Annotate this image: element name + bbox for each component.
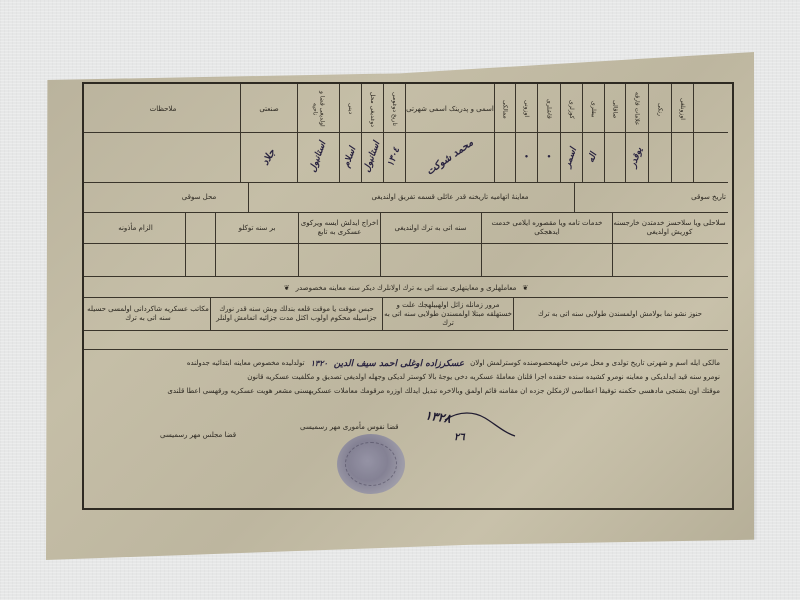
- exemption-col-cadet: مکاتب عسکریه شاکردانی اولمسی حسیله سنه ا…: [86, 298, 210, 330]
- header-birthplace: دوغدیغی محل: [362, 86, 383, 132]
- handwritten-name: عسکرزاده اوغلی احمد سیف الدین: [334, 359, 464, 369]
- status-header-armed: سلاحلی ویا سلاحسز خدمتدن خارجسنه کوریش ا…: [613, 213, 726, 243]
- exemption-col-imprisoned: حبس موقت یا موقت قلعه بندلك وبش سنه قدر …: [211, 298, 382, 330]
- label-dispatch-date: تاریخ سوقی: [575, 183, 732, 212]
- label-kaza-nufus-seal: قضا نفوس مأموری مهر رسمیسی: [300, 423, 399, 431]
- handwritten-year: ١٣٢٠: [311, 359, 328, 369]
- handwritten-number: ٢٦: [454, 432, 465, 443]
- value-col: [649, 133, 671, 182]
- header-col: ممالکی: [495, 86, 515, 132]
- declaration-line-3: موقتك اون بشنجی مادهسی حکمنه توفیقاً اعط…: [80, 387, 720, 395]
- official-seal-stamp: [337, 434, 405, 494]
- header-col: کوزلری: [561, 86, 582, 132]
- label-kaza-meclis-seal: قضا مجلس مهر رسمیسی: [160, 431, 236, 439]
- divider: [84, 243, 728, 244]
- header-district: اولدیغی قضا و ناحیه: [298, 86, 339, 132]
- header-col: رنکی: [649, 86, 671, 132]
- value-col: [672, 133, 693, 182]
- ornament-icon: ❦: [284, 284, 290, 293]
- divider: [84, 276, 728, 277]
- status-header-tax: اخراج ایدلش ایسه ویرکوی عسکری به تابع: [299, 213, 380, 243]
- header-remarks: ملاحظات: [86, 86, 240, 132]
- declaration-line-1: مالکی ایله اسم و شهرتی تاریخ تولدی و محل…: [80, 359, 720, 369]
- exemption-col-illness: مرور زمانله زائل اولهبیلهجك علت و خستهلق…: [383, 298, 513, 330]
- header-birthdate: تاریخ دوغومی: [384, 86, 405, 132]
- header-religion: دینی: [340, 86, 361, 132]
- value-remarks: [86, 133, 240, 182]
- status-header-service: خدمات تامه ویا مقصوره ایلامی خدمت ایدهجک…: [482, 213, 612, 243]
- header-col: قاشلری: [538, 86, 560, 132]
- label-examination: معاینهٔ اتهامیه تاریخنه قدر عائلی قسمه ت…: [370, 183, 530, 212]
- declaration-text: تولدلیده مخصوص معاینه ابتدائیه جدولنده: [187, 359, 305, 369]
- divider: [693, 84, 694, 182]
- exemption-col-growth: حنوز نشو نما بولامش اولمسندن طولایی سنه …: [514, 298, 726, 330]
- ornament-icon: ❦: [522, 284, 528, 293]
- signature-flourish-icon: [440, 408, 520, 438]
- header-col: اوزونلغی: [672, 86, 693, 132]
- header-col: صاقالی: [605, 86, 625, 132]
- declaration-line-2: نومرو سنه قید ایدلدیکی و معاینه نومرو کش…: [80, 373, 720, 381]
- status-header-permit: الزام مأذونه: [86, 213, 185, 243]
- status-header-one-year: بر سنه توکلو: [186, 213, 298, 243]
- value-col: •: [516, 133, 537, 182]
- label-dispatch-place: محل سوقی: [150, 183, 248, 212]
- exemption-title: ❦ معاملهلری و معاینهلری سنه اتی به ترك ا…: [86, 281, 726, 295]
- exemption-title-text: معاملهلری و معاینهلری سنه اتی به ترك اول…: [296, 284, 517, 293]
- divider: [248, 182, 249, 212]
- divider: [84, 349, 728, 350]
- header-col: اوزونی: [516, 86, 537, 132]
- divider: [84, 330, 728, 331]
- seal-ring-icon: [345, 442, 397, 486]
- status-header-deferred: سنه اتی به ترك اولندیغی: [381, 213, 480, 243]
- header-col: بیقلری: [583, 86, 604, 132]
- declaration-text: مالکی ایله اسم و شهرتی تاریخ تولدی و محل…: [470, 359, 720, 369]
- header-col: علامات فارقه: [626, 86, 648, 132]
